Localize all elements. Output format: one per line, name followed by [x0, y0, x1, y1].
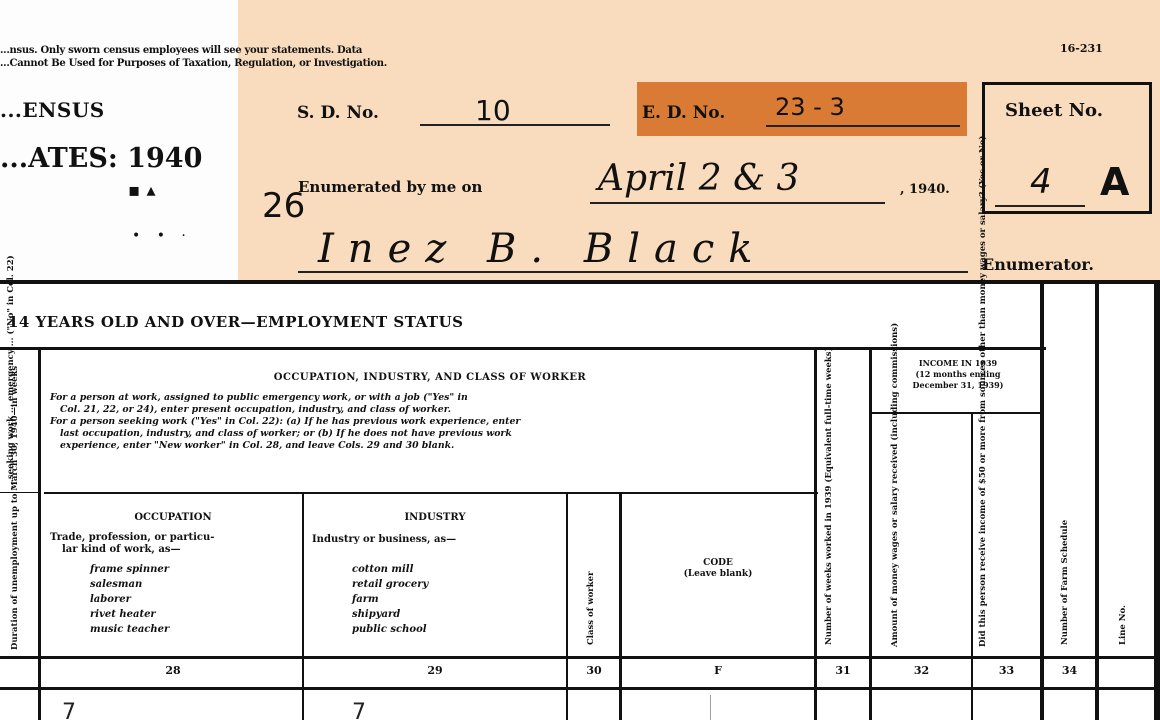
- code-header: CODE (Leave blank): [622, 558, 814, 580]
- vline: [302, 493, 304, 720]
- example-item: cotton mill: [352, 562, 428, 577]
- class-of-worker-label: Class of worker: [586, 510, 602, 645]
- enumerated-label: Enumerated by me on: [298, 178, 482, 196]
- vline: [619, 493, 622, 720]
- ink-mark: ▪ ▴: [128, 180, 156, 201]
- industry-subtitle: Industry or business, as—: [312, 534, 456, 546]
- occupation-examples: frame spinner salesman laborer rivet hea…: [90, 562, 169, 637]
- instruction-line: Col. 21, 22, or 24), enter present occup…: [50, 404, 810, 416]
- occupation-instructions: For a person at work, assigned to public…: [50, 392, 810, 452]
- supervisor-district-value: 10: [475, 94, 511, 127]
- vline: [38, 350, 41, 720]
- states-year-title: ...ATES: 1940: [0, 143, 202, 174]
- sheet-number-line: [995, 205, 1085, 207]
- row1-occupation-mark: 7: [62, 700, 76, 720]
- instruction-line: last occupation, industry, and class of …: [50, 428, 810, 440]
- example-item: rivet heater: [90, 607, 169, 622]
- industry-title: INDUSTRY: [304, 512, 566, 523]
- column-number-34: 34: [1044, 664, 1095, 677]
- ink-dots: • • ·: [132, 228, 192, 244]
- instruction-line: For a person seeking work ("Yes" in Col.…: [50, 416, 810, 428]
- enumeration-district-label: E. D. No.: [642, 103, 725, 123]
- left-sub-rule: [0, 492, 40, 493]
- instruction-line: For a person at work, assigned to public…: [50, 392, 810, 404]
- vline: [566, 493, 568, 720]
- industry-examples: cotton mill retail grocery farm shipyard…: [352, 562, 428, 637]
- column-number-31: 31: [817, 664, 869, 677]
- code-subdivider: [710, 695, 711, 720]
- sheet-letter-value: A: [1100, 160, 1129, 204]
- unemployment-duration-label: Duration of unemployment up to March 30,…: [10, 500, 30, 650]
- enumeration-district-value: 23 - 3: [775, 93, 845, 121]
- occupation-subtitle-line: Trade, profession, or particu-: [50, 532, 300, 544]
- instruction-line: experience, enter "New worker" in Col. 2…: [50, 440, 810, 452]
- vline: [1154, 284, 1160, 720]
- enumerator-label: Enumerator.: [982, 255, 1094, 274]
- notice-line-1: ...nsus. Only sworn census employees wil…: [0, 44, 600, 57]
- code-title: CODE: [622, 558, 814, 569]
- example-item: laborer: [90, 592, 169, 607]
- vline: [1095, 284, 1099, 720]
- header-bottom-rule: [0, 656, 1160, 659]
- other-income-label: Did this person receive income of $50 or…: [978, 422, 1036, 647]
- column-number-28: 28: [44, 664, 302, 677]
- sheet-number-value: 4: [1030, 162, 1052, 202]
- occupation-title: OCCUPATION: [44, 512, 302, 523]
- occupation-group-title: OCCUPATION, INDUSTRY, AND CLASS OF WORKE…: [46, 372, 814, 383]
- line-number-label: Line No.: [1118, 590, 1138, 645]
- vline: [1040, 284, 1044, 720]
- example-item: frame spinner: [90, 562, 169, 577]
- occupation-subtitle: Trade, profession, or particu- lar kind …: [50, 532, 300, 556]
- census-label: ...ENSUS: [0, 98, 105, 122]
- supervisor-district-label: S. D. No.: [297, 103, 379, 123]
- column-number-32: 32: [872, 664, 971, 677]
- form-number: 16-231: [1060, 42, 1103, 55]
- sheet-number-label: Sheet No.: [1005, 100, 1103, 121]
- supervisor-district-line: [420, 124, 610, 126]
- enumerated-date-line: [590, 202, 885, 204]
- example-item: farm: [352, 592, 428, 607]
- example-item: public school: [352, 622, 428, 637]
- section-title: 14 YEARS OLD AND OVER—EMPLOYMENT STATUS: [8, 313, 464, 331]
- example-item: shipyard: [352, 607, 428, 622]
- occ-sub-rule: [44, 492, 818, 494]
- farm-schedule-label: Number of Farm Schedule: [1060, 440, 1080, 645]
- colnum-bottom-rule: [0, 687, 1160, 690]
- example-item: retail grocery: [352, 577, 428, 592]
- enumerated-year: , 1940.: [900, 182, 950, 197]
- column-number-29: 29: [304, 664, 566, 677]
- income-title-line: December 31, 1939): [878, 380, 1038, 391]
- example-item: music teacher: [90, 622, 169, 637]
- income-title: INCOME IN 1939 (12 months ending Decembe…: [878, 358, 1038, 391]
- confidentiality-notice: ...nsus. Only sworn census employees wil…: [0, 44, 600, 70]
- occupation-subtitle-line: lar kind of work, as—: [50, 544, 300, 556]
- row1-industry-mark: 7: [352, 700, 366, 720]
- income-title-line: (12 months ending: [878, 369, 1038, 380]
- weeks-worked-label: Number of weeks worked in 1939 (Equivale…: [824, 380, 864, 645]
- column-number-33: 33: [973, 664, 1040, 677]
- column-number-30: 30: [568, 664, 620, 677]
- header-left-panel: [0, 0, 238, 282]
- enumeration-district-line: [766, 125, 960, 127]
- notice-line-2: ...Cannot Be Used for Purposes of Taxati…: [0, 57, 600, 70]
- code-subtitle: (Leave blank): [622, 569, 814, 580]
- column-number-code: F: [622, 664, 814, 677]
- enumerated-date-value: April 2 & 3: [598, 158, 799, 199]
- example-item: salesman: [90, 577, 169, 592]
- enumerator-signature: Inez B. Black: [318, 226, 767, 272]
- income-title-line: INCOME IN 1939: [878, 358, 1038, 369]
- wages-label: Amount of money wages or salary received…: [890, 422, 960, 647]
